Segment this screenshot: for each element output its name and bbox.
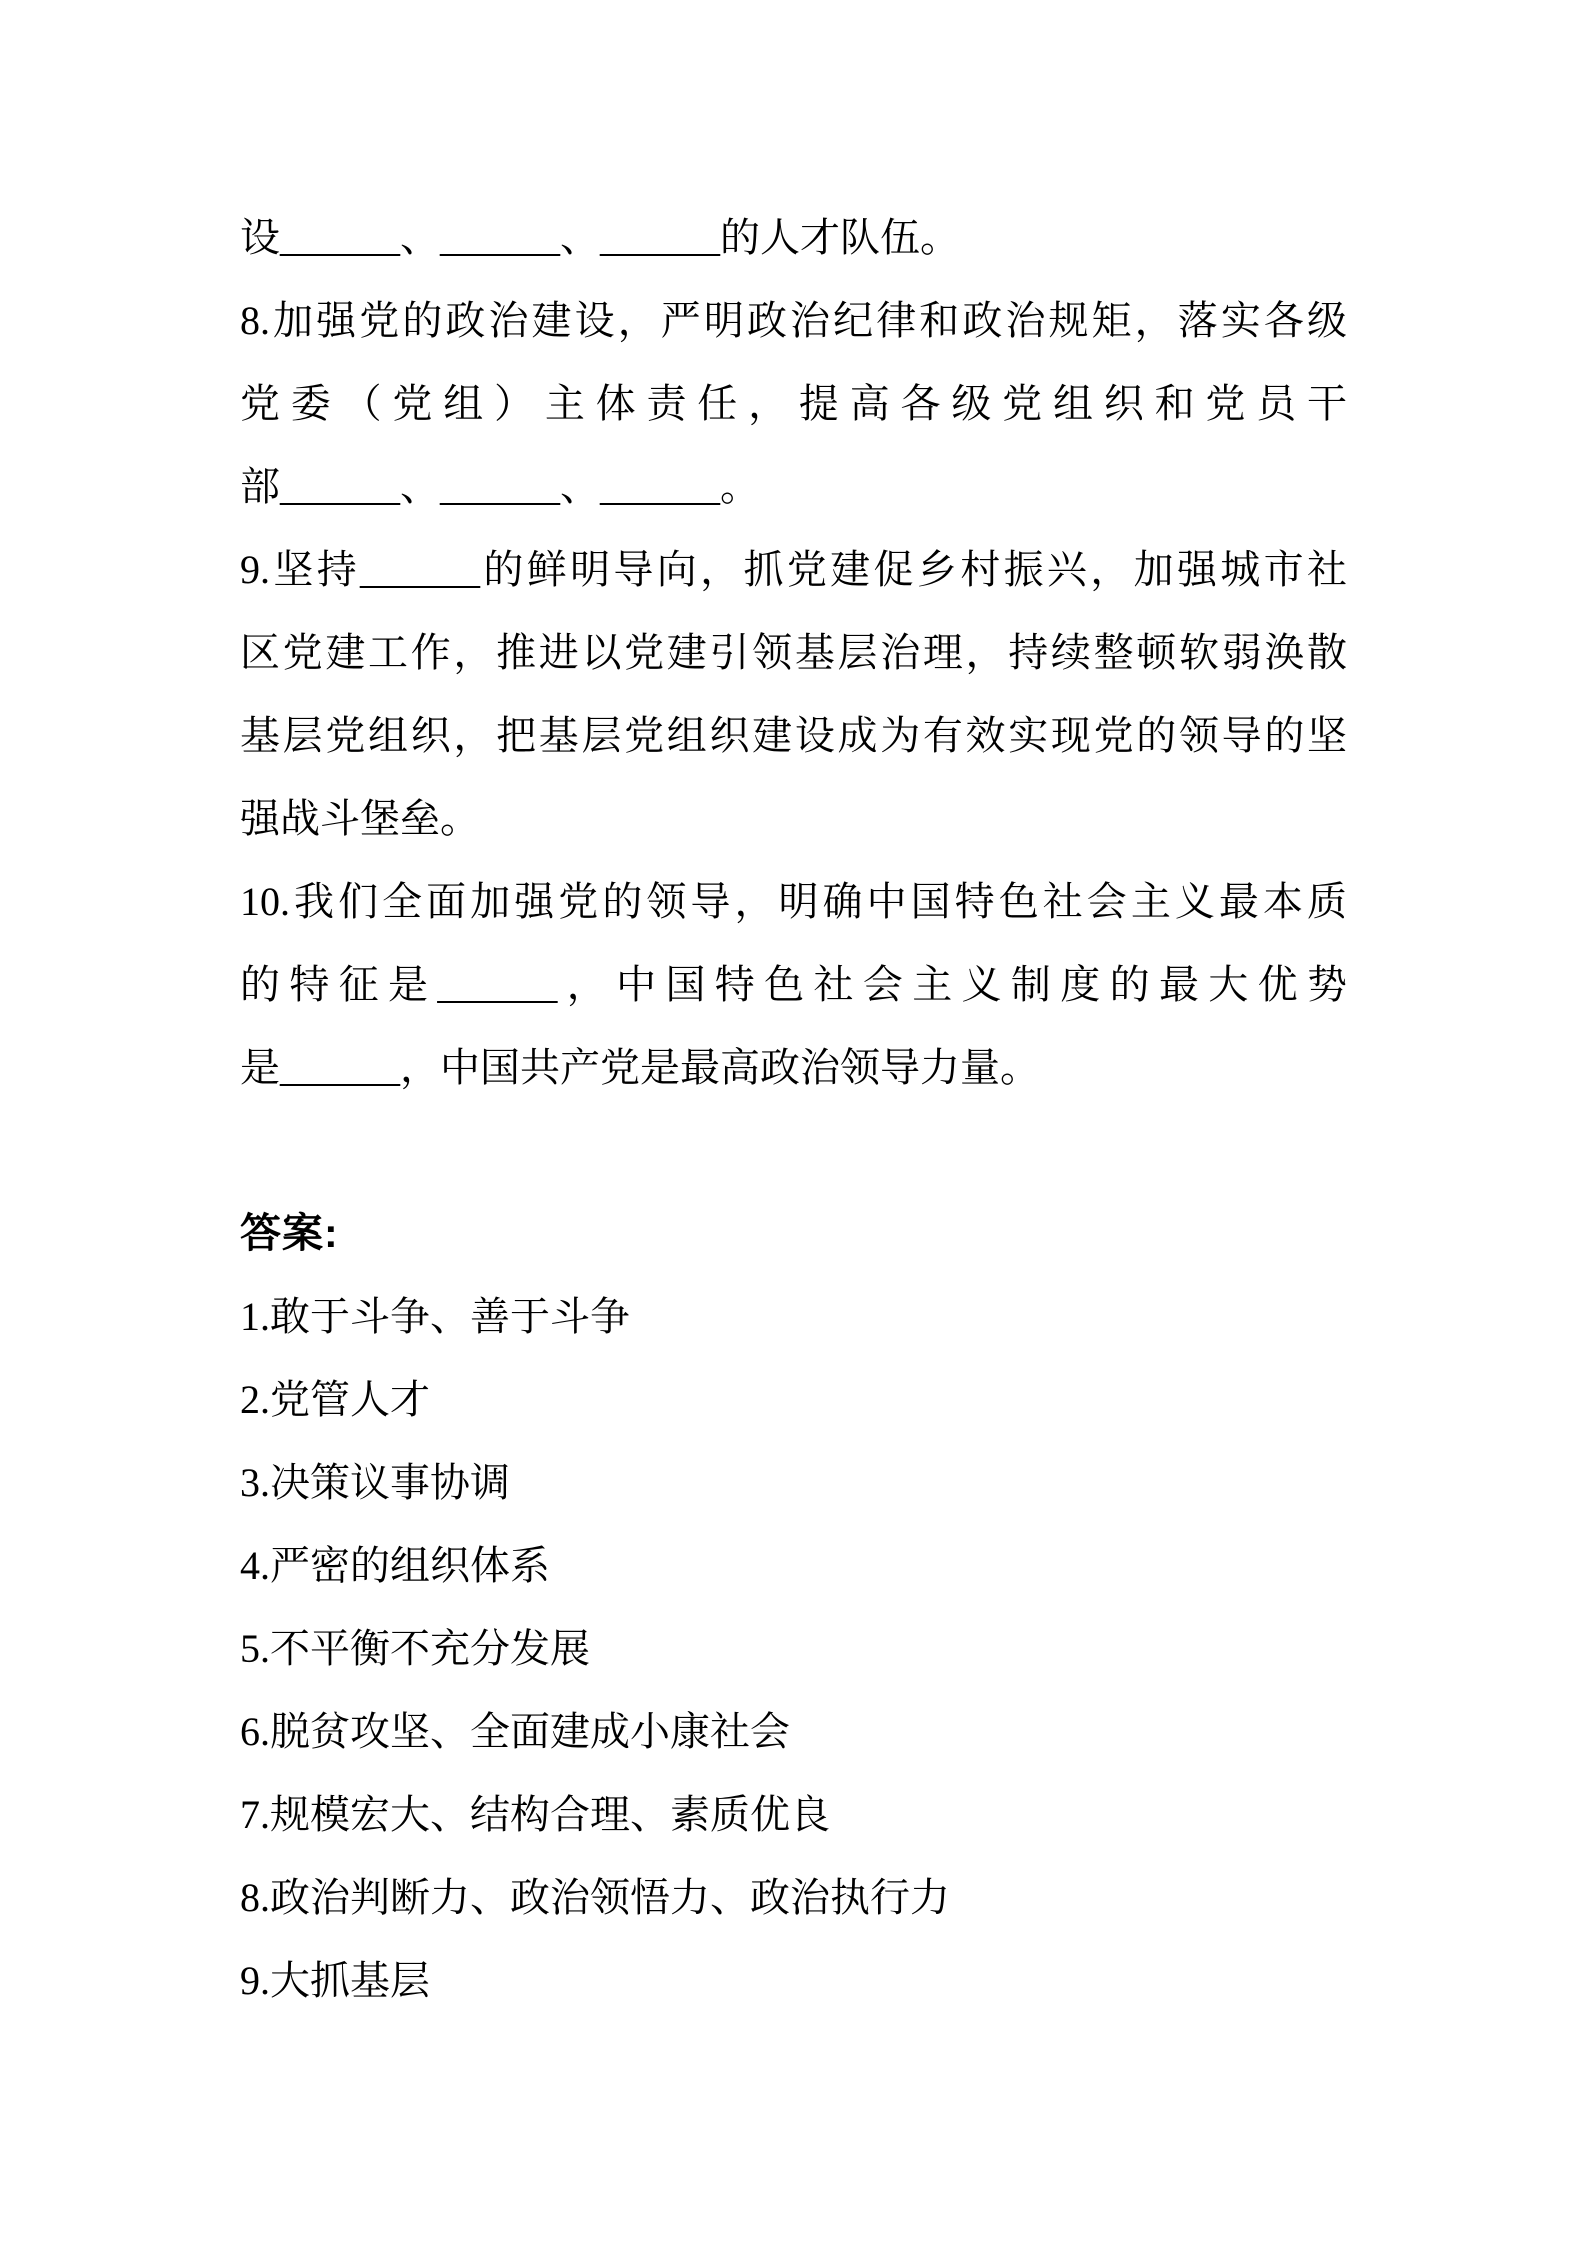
question-10-line-2: 的特征是______，中国特色社会主义制度的最大优势 (240, 943, 1347, 1026)
answer-item-6: 6.脱贫攻坚、全面建成小康社会 (240, 1690, 1347, 1773)
answer-item-7: 7.规模宏大、结构合理、素质优良 (240, 1773, 1347, 1856)
question-7-tail-line: 设______、______、______的人才队伍。 (240, 196, 1347, 279)
question-10-line-1: 10.我们全面加强党的领导，明确中国特色社会主义最本质 (240, 860, 1347, 943)
question-8-line-3: 部______、______、______。 (240, 445, 1347, 528)
document-page: 设______、______、______的人才队伍。 8.加强党的政治建设，严… (0, 0, 1587, 2245)
answer-item-3: 3.决策议事协调 (240, 1441, 1347, 1524)
answers-heading: 答案: (240, 1192, 1347, 1275)
question-9-line-3: 基层党组织，把基层党组织建设成为有效实现党的领导的坚 (240, 694, 1347, 777)
question-9-line-2: 区党建工作，推进以党建引领基层治理，持续整顿软弱涣散 (240, 611, 1347, 694)
question-8-line-2: 党委（党组）主体责任，提高各级党组织和党员干 (240, 362, 1347, 445)
blank-line (240, 1109, 1347, 1192)
document-body: 设______、______、______的人才队伍。 8.加强党的政治建设，严… (240, 196, 1347, 2022)
question-9-line-4: 强战斗堡垒。 (240, 777, 1347, 860)
answer-item-1: 1.敢于斗争、善于斗争 (240, 1275, 1347, 1358)
answer-item-5: 5.不平衡不充分发展 (240, 1607, 1347, 1690)
question-10-line-3: 是______，中国共产党是最高政治领导力量。 (240, 1026, 1347, 1109)
answer-item-4: 4.严密的组织体系 (240, 1524, 1347, 1607)
question-9-line-1: 9.坚持______的鲜明导向，抓党建促乡村振兴，加强城市社 (240, 528, 1347, 611)
answer-item-8: 8.政治判断力、政治领悟力、政治执行力 (240, 1856, 1347, 1939)
question-8-line-1: 8.加强党的政治建设，严明政治纪律和政治规矩，落实各级 (240, 279, 1347, 362)
answer-item-9: 9.大抓基层 (240, 1939, 1347, 2022)
answer-item-2: 2.党管人才 (240, 1358, 1347, 1441)
